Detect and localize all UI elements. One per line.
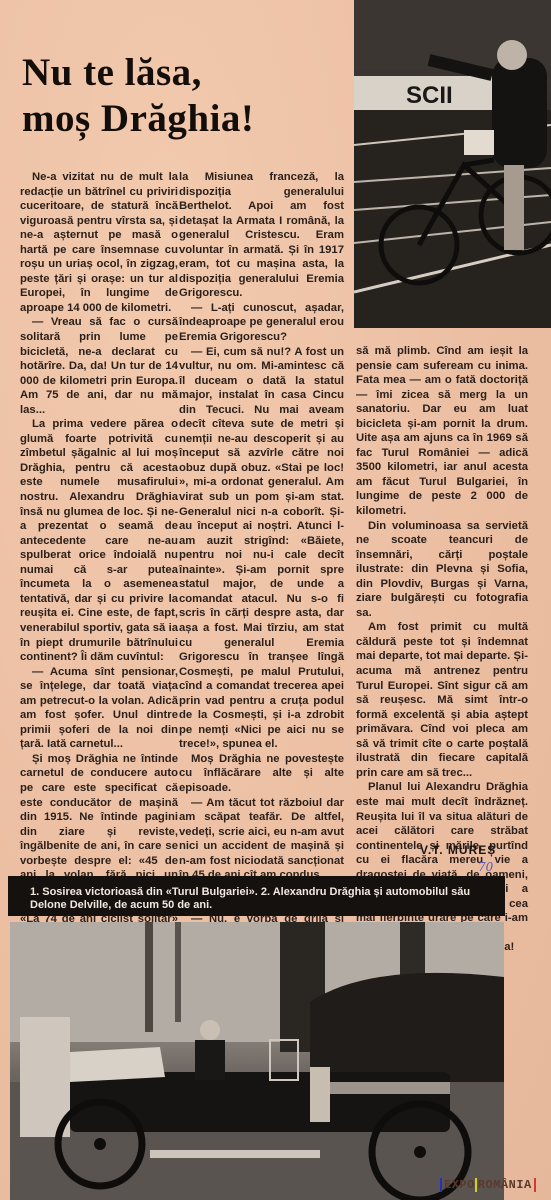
author-byline: V.T. MUREȘ: [420, 843, 496, 857]
expo-romania-watermark: EXPOROMÂNIA: [440, 1178, 536, 1192]
handwritten-page-number: 70: [478, 860, 493, 874]
paragraph: să mă plimb. Cînd am ieșit la pensie cam…: [356, 344, 528, 519]
title-line-2: moș Drăghia!: [22, 96, 352, 142]
banner-sign-text: SCII: [406, 82, 453, 109]
paragraph: La prima vedere părea o glumă foarte pot…: [20, 417, 178, 664]
paragraph: — Vreau să fac o cursă solitară prin lum…: [20, 315, 178, 417]
car-photo-illustration: [10, 922, 504, 1200]
paragraph: Moș Drăghia ne povestește cu înflăcărare…: [179, 752, 344, 796]
title-line-1: Nu te lăsa,: [22, 50, 352, 96]
paragraph: — Ei, cum să nu!? A fost un vultur, nu o…: [179, 345, 344, 752]
paragraph: — Acuma sînt pensionar, se înțelege, dar…: [20, 665, 178, 752]
watermark-right: ROMÂNIA: [475, 1178, 532, 1192]
photo-vintage-car: [10, 922, 504, 1200]
article-column-3: să mă plimb. Cînd am ieșit la pensie cam…: [356, 344, 528, 955]
paragraph: Planul lui Alexandru Drăghia este mai mu…: [356, 780, 528, 940]
article-title: Nu te lăsa, moș Drăghia!: [22, 50, 352, 142]
paragraph: — L-ați cunoscut, așadar, îndeaproape pe…: [179, 301, 344, 345]
paragraph: Ne-a vizitat nu de mult la redacție un b…: [20, 170, 178, 315]
paragraph: Am fost primit cu multă căldură peste to…: [356, 620, 528, 780]
paragraph: Din voluminoasa sa servietă ne scoate te…: [356, 519, 528, 621]
cyclist-photo-illustration: SCII: [354, 0, 551, 328]
paragraph: la Misiunea franceză, la dispoziția gene…: [179, 170, 344, 301]
photo-caption: 1. Sosirea victorioasă din «Turul Bulgar…: [8, 876, 505, 916]
paragraph: — Am tăcut tot războiul dar am scăpat te…: [179, 796, 344, 883]
photo-cyclist-arrival: SCII: [354, 0, 551, 328]
watermark-left: EXPO: [444, 1178, 475, 1192]
